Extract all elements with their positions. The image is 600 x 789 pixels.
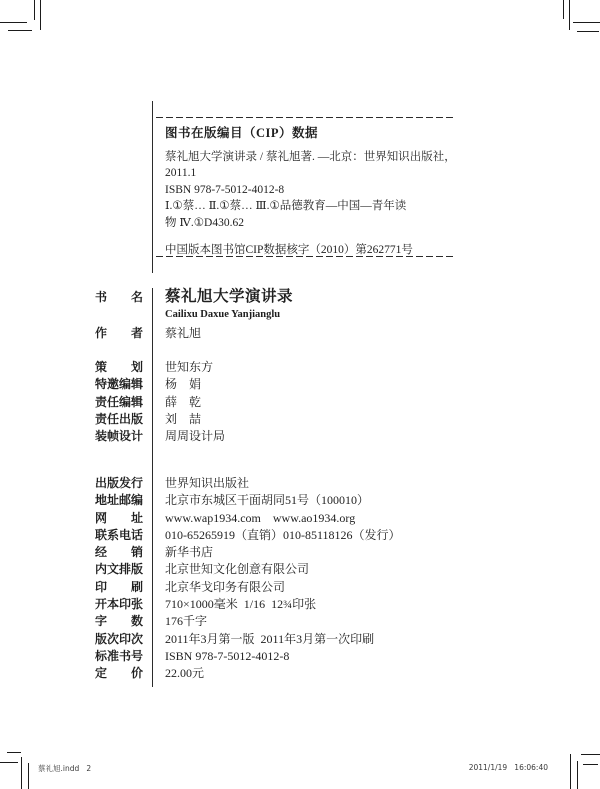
crop-mark-line xyxy=(7,752,21,753)
info-row: 责任出版 刘 喆 xyxy=(95,411,475,428)
row-label: 标准书号 xyxy=(95,648,143,665)
row-label: 联系电话 xyxy=(95,527,143,544)
row-label: 地址邮编 xyxy=(95,492,143,509)
book-title-pinyin: Cailixu Daxue Yanjianglu xyxy=(165,307,293,322)
row-value: 北京世知文化创意有限公司 xyxy=(165,561,309,578)
author-label: 作者 xyxy=(95,325,143,342)
cip-top-dashed-rule xyxy=(156,117,454,118)
row-label: 印刷 xyxy=(95,579,143,596)
crop-mark-line xyxy=(0,762,18,763)
cip-line: ISBN 978-7-5012-4012-8 xyxy=(165,182,465,198)
row-value: 2011年3月第一版 2011年3月第一次印刷 xyxy=(165,631,374,648)
crop-mark-line xyxy=(569,0,570,30)
crop-mark-line xyxy=(8,30,32,31)
book-title-row: 书名 蔡礼旭大学演讲录 Cailixu Daxue Yanjianglu xyxy=(95,287,475,322)
info-row: 内文排版 北京世知文化创意有限公司 xyxy=(95,561,475,578)
cip-line: 物 Ⅳ.①D430.62 xyxy=(165,215,465,231)
info-row: 字数 176千字 xyxy=(95,613,475,630)
row-value: 22.00元 xyxy=(165,665,204,682)
info-row: 特邀编辑 杨 娟 xyxy=(95,376,475,393)
staff-group: 策划 世知东方 特邀编辑 杨 娟 责任编辑 薛 乾 责任出版 刘 喆 装帧设计 … xyxy=(95,359,475,445)
info-row: 开本印张 710×1000毫米 1/16 12¾印张 xyxy=(95,596,475,613)
cip-record-number: 中国版本图书馆CIP数据核字（2010）第262771号 xyxy=(165,241,465,257)
cip-line: 2011.1 xyxy=(165,165,465,181)
row-label: 字数 xyxy=(95,613,143,630)
author-row: 作者 蔡礼旭 xyxy=(95,325,475,342)
crop-mark-line xyxy=(0,22,27,23)
row-value: 杨 娟 xyxy=(165,376,201,393)
info-row: 策划 世知东方 xyxy=(95,359,475,376)
row-value: 北京市东城区干面胡同51号（100010） xyxy=(165,492,369,509)
row-value: 刘 喆 xyxy=(165,411,201,428)
crop-mark-line xyxy=(583,764,598,765)
info-row: 定价 22.00元 xyxy=(95,665,475,682)
crop-mark-line xyxy=(563,0,564,19)
row-value: 周周设计局 xyxy=(165,428,225,445)
row-label: 出版发行 xyxy=(95,475,143,492)
crop-mark-line xyxy=(581,754,600,755)
row-label: 经销 xyxy=(95,544,143,561)
row-label: 内文排版 xyxy=(95,561,143,578)
row-value: 世界知识出版社 xyxy=(165,475,249,492)
publishing-group: 出版发行 世界知识出版社 地址邮编 北京市东城区干面胡同51号（100010） … xyxy=(95,475,475,683)
crop-mark-line xyxy=(40,0,41,30)
info-row: 装帧设计 周周设计局 xyxy=(95,428,475,445)
row-label: 装帧设计 xyxy=(95,428,143,445)
row-value: ISBN 978-7-5012-4012-8 xyxy=(165,648,289,665)
row-label: 网址 xyxy=(95,510,143,527)
row-value: 710×1000毫米 1/16 12¾印张 xyxy=(165,596,316,613)
info-row: 责任编辑 薛 乾 xyxy=(95,394,475,411)
row-value: 世知东方 xyxy=(165,359,213,376)
cip-line: Ⅰ.①蔡… Ⅱ.①蔡… Ⅲ.①品德教育—中国—青年读 xyxy=(165,198,465,214)
info-row: 联系电话 010-65265919（直销）010-85118126（发行） xyxy=(95,527,475,544)
row-value: 新华书店 xyxy=(165,544,213,561)
title-label: 书名 xyxy=(95,287,143,307)
row-value: 176千字 xyxy=(165,613,207,630)
cip-header: 图书在版编目（CIP）数据 xyxy=(165,123,465,141)
proof-timestamp: 2011/1/19 16:06:40 xyxy=(469,763,548,772)
row-label: 责任编辑 xyxy=(95,394,143,411)
crop-mark-line xyxy=(34,0,35,20)
cip-line: 蔡礼旭大学演讲录 / 蔡礼旭著. —北京：世界知识出版社， xyxy=(165,149,465,165)
cip-left-rule xyxy=(152,101,153,273)
row-value: 薛 乾 xyxy=(165,394,201,411)
row-value: 010-65265919（直销）010-85118126（发行） xyxy=(165,527,401,544)
crop-mark-line xyxy=(28,763,29,789)
author-value: 蔡礼旭 xyxy=(165,325,201,342)
info-row: 网址 www.wap1934.com www.ao1934.org xyxy=(95,510,475,527)
title-author-group: 书名 蔡礼旭大学演讲录 Cailixu Daxue Yanjianglu 作者 … xyxy=(95,287,475,342)
proof-filename: 蔡礼旭.indd 2 xyxy=(38,763,91,774)
row-label: 定价 xyxy=(95,665,143,682)
row-label: 特邀编辑 xyxy=(95,376,143,393)
info-row: 标准书号 ISBN 978-7-5012-4012-8 xyxy=(95,648,475,665)
cip-block: 图书在版编目（CIP）数据 蔡礼旭大学演讲录 / 蔡礼旭著. —北京：世界知识出… xyxy=(165,123,465,257)
info-row: 版次印次 2011年3月第一版 2011年3月第一次印刷 xyxy=(95,631,475,648)
crop-mark-line xyxy=(570,754,571,789)
info-row: 印刷 北京华戈印务有限公司 xyxy=(95,579,475,596)
info-row: 出版发行 世界知识出版社 xyxy=(95,475,475,492)
row-value: www.wap1934.com www.ao1934.org xyxy=(165,510,355,527)
crop-mark-line xyxy=(577,31,599,32)
info-row: 地址邮编 北京市东城区干面胡同51号（100010） xyxy=(95,492,475,509)
row-label: 责任出版 xyxy=(95,411,143,428)
crop-mark-line xyxy=(21,757,22,789)
row-label: 开本印张 xyxy=(95,596,143,613)
info-row: 经销 新华书店 xyxy=(95,544,475,561)
row-label: 策划 xyxy=(95,359,143,376)
book-title: 蔡礼旭大学演讲录 xyxy=(165,287,293,307)
title-value-block: 蔡礼旭大学演讲录 Cailixu Daxue Yanjianglu xyxy=(165,287,293,322)
crop-mark-line xyxy=(573,22,600,23)
row-label: 版次印次 xyxy=(95,631,143,648)
crop-mark-line xyxy=(577,761,578,789)
row-value: 北京华戈印务有限公司 xyxy=(165,579,285,596)
